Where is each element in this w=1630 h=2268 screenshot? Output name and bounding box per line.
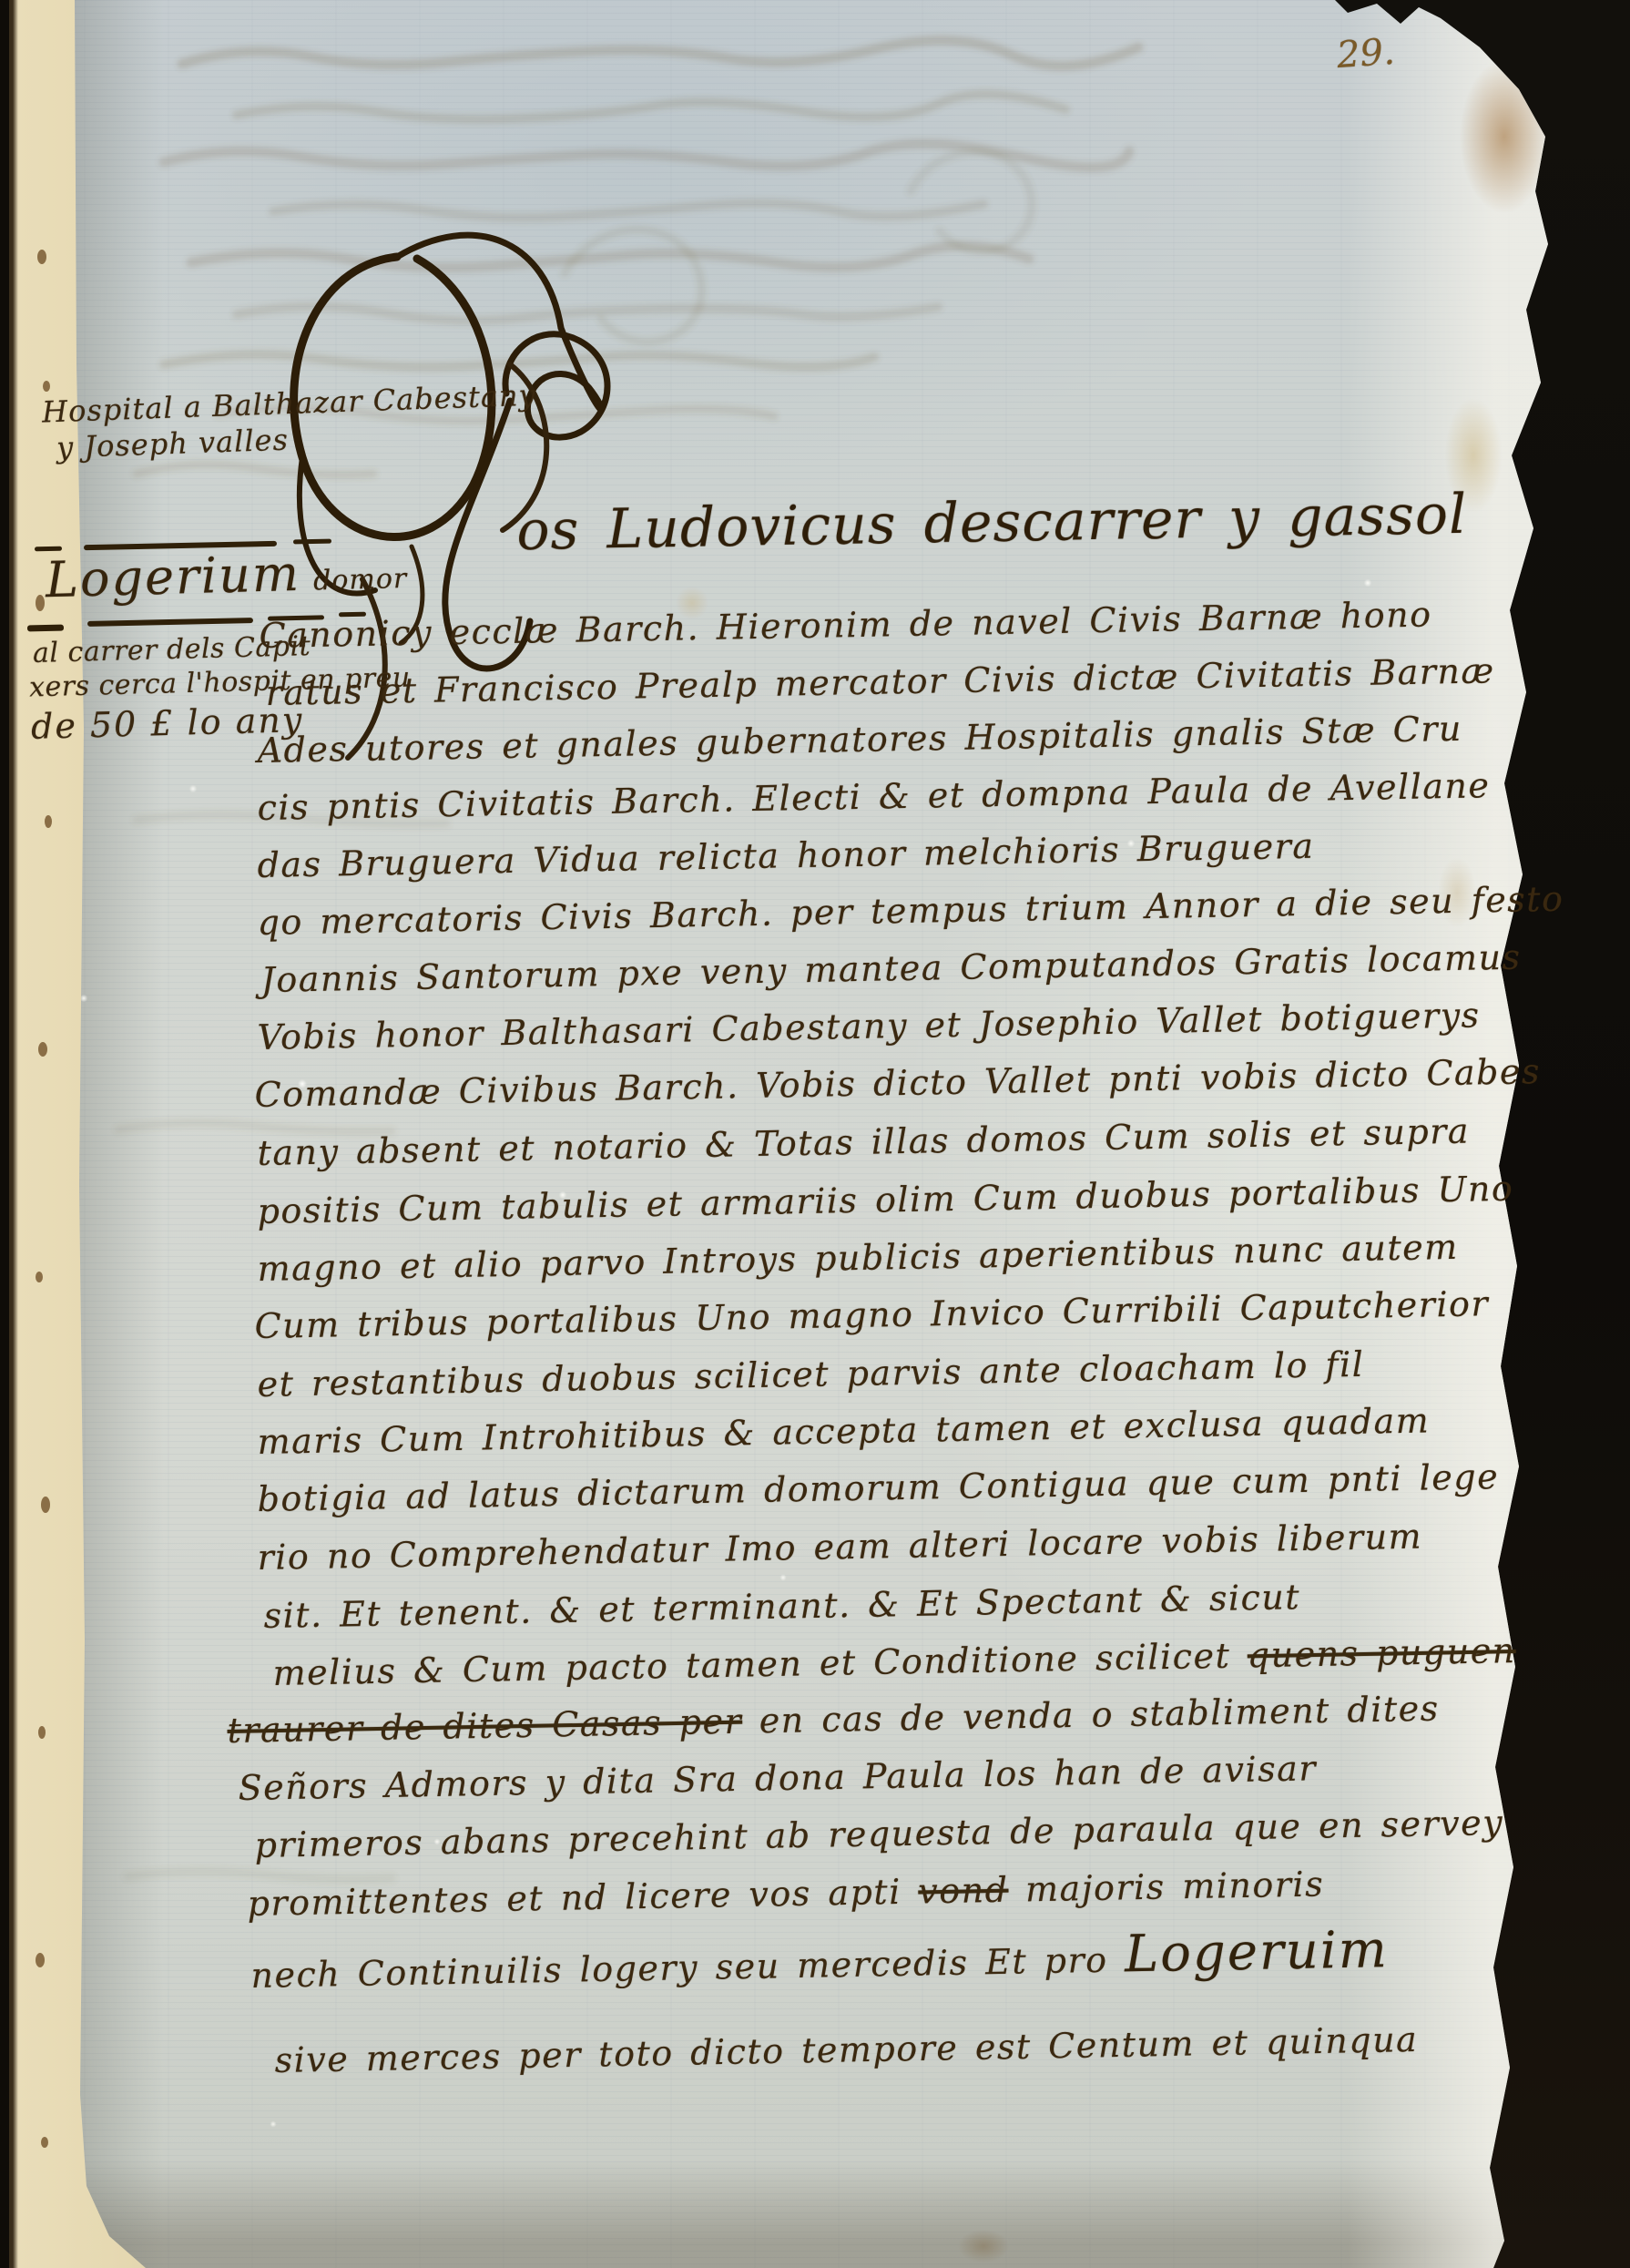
binding-speckles: [36, 250, 52, 2148]
emphasized-word: Logeruim: [1124, 1920, 1389, 1984]
struck-text: vond: [918, 1870, 1009, 1912]
calligraphic-flourish-initial: [294, 235, 607, 669]
folio-number: 29.: [1335, 31, 1396, 77]
logerium-word: Logerium: [45, 545, 301, 608]
margin-dash-rule: [27, 625, 64, 632]
margin-keyword-logerium: Logeriumdomor: [45, 542, 408, 608]
line-text: majoris minoris: [1008, 1864, 1324, 1909]
logerium-suffix: domor: [313, 563, 408, 598]
manuscript-page-photo: 29. Hospital a Balthazar Cabestany y Jos…: [0, 0, 1630, 2268]
struck-text: quens puguen: [1247, 1630, 1516, 1675]
